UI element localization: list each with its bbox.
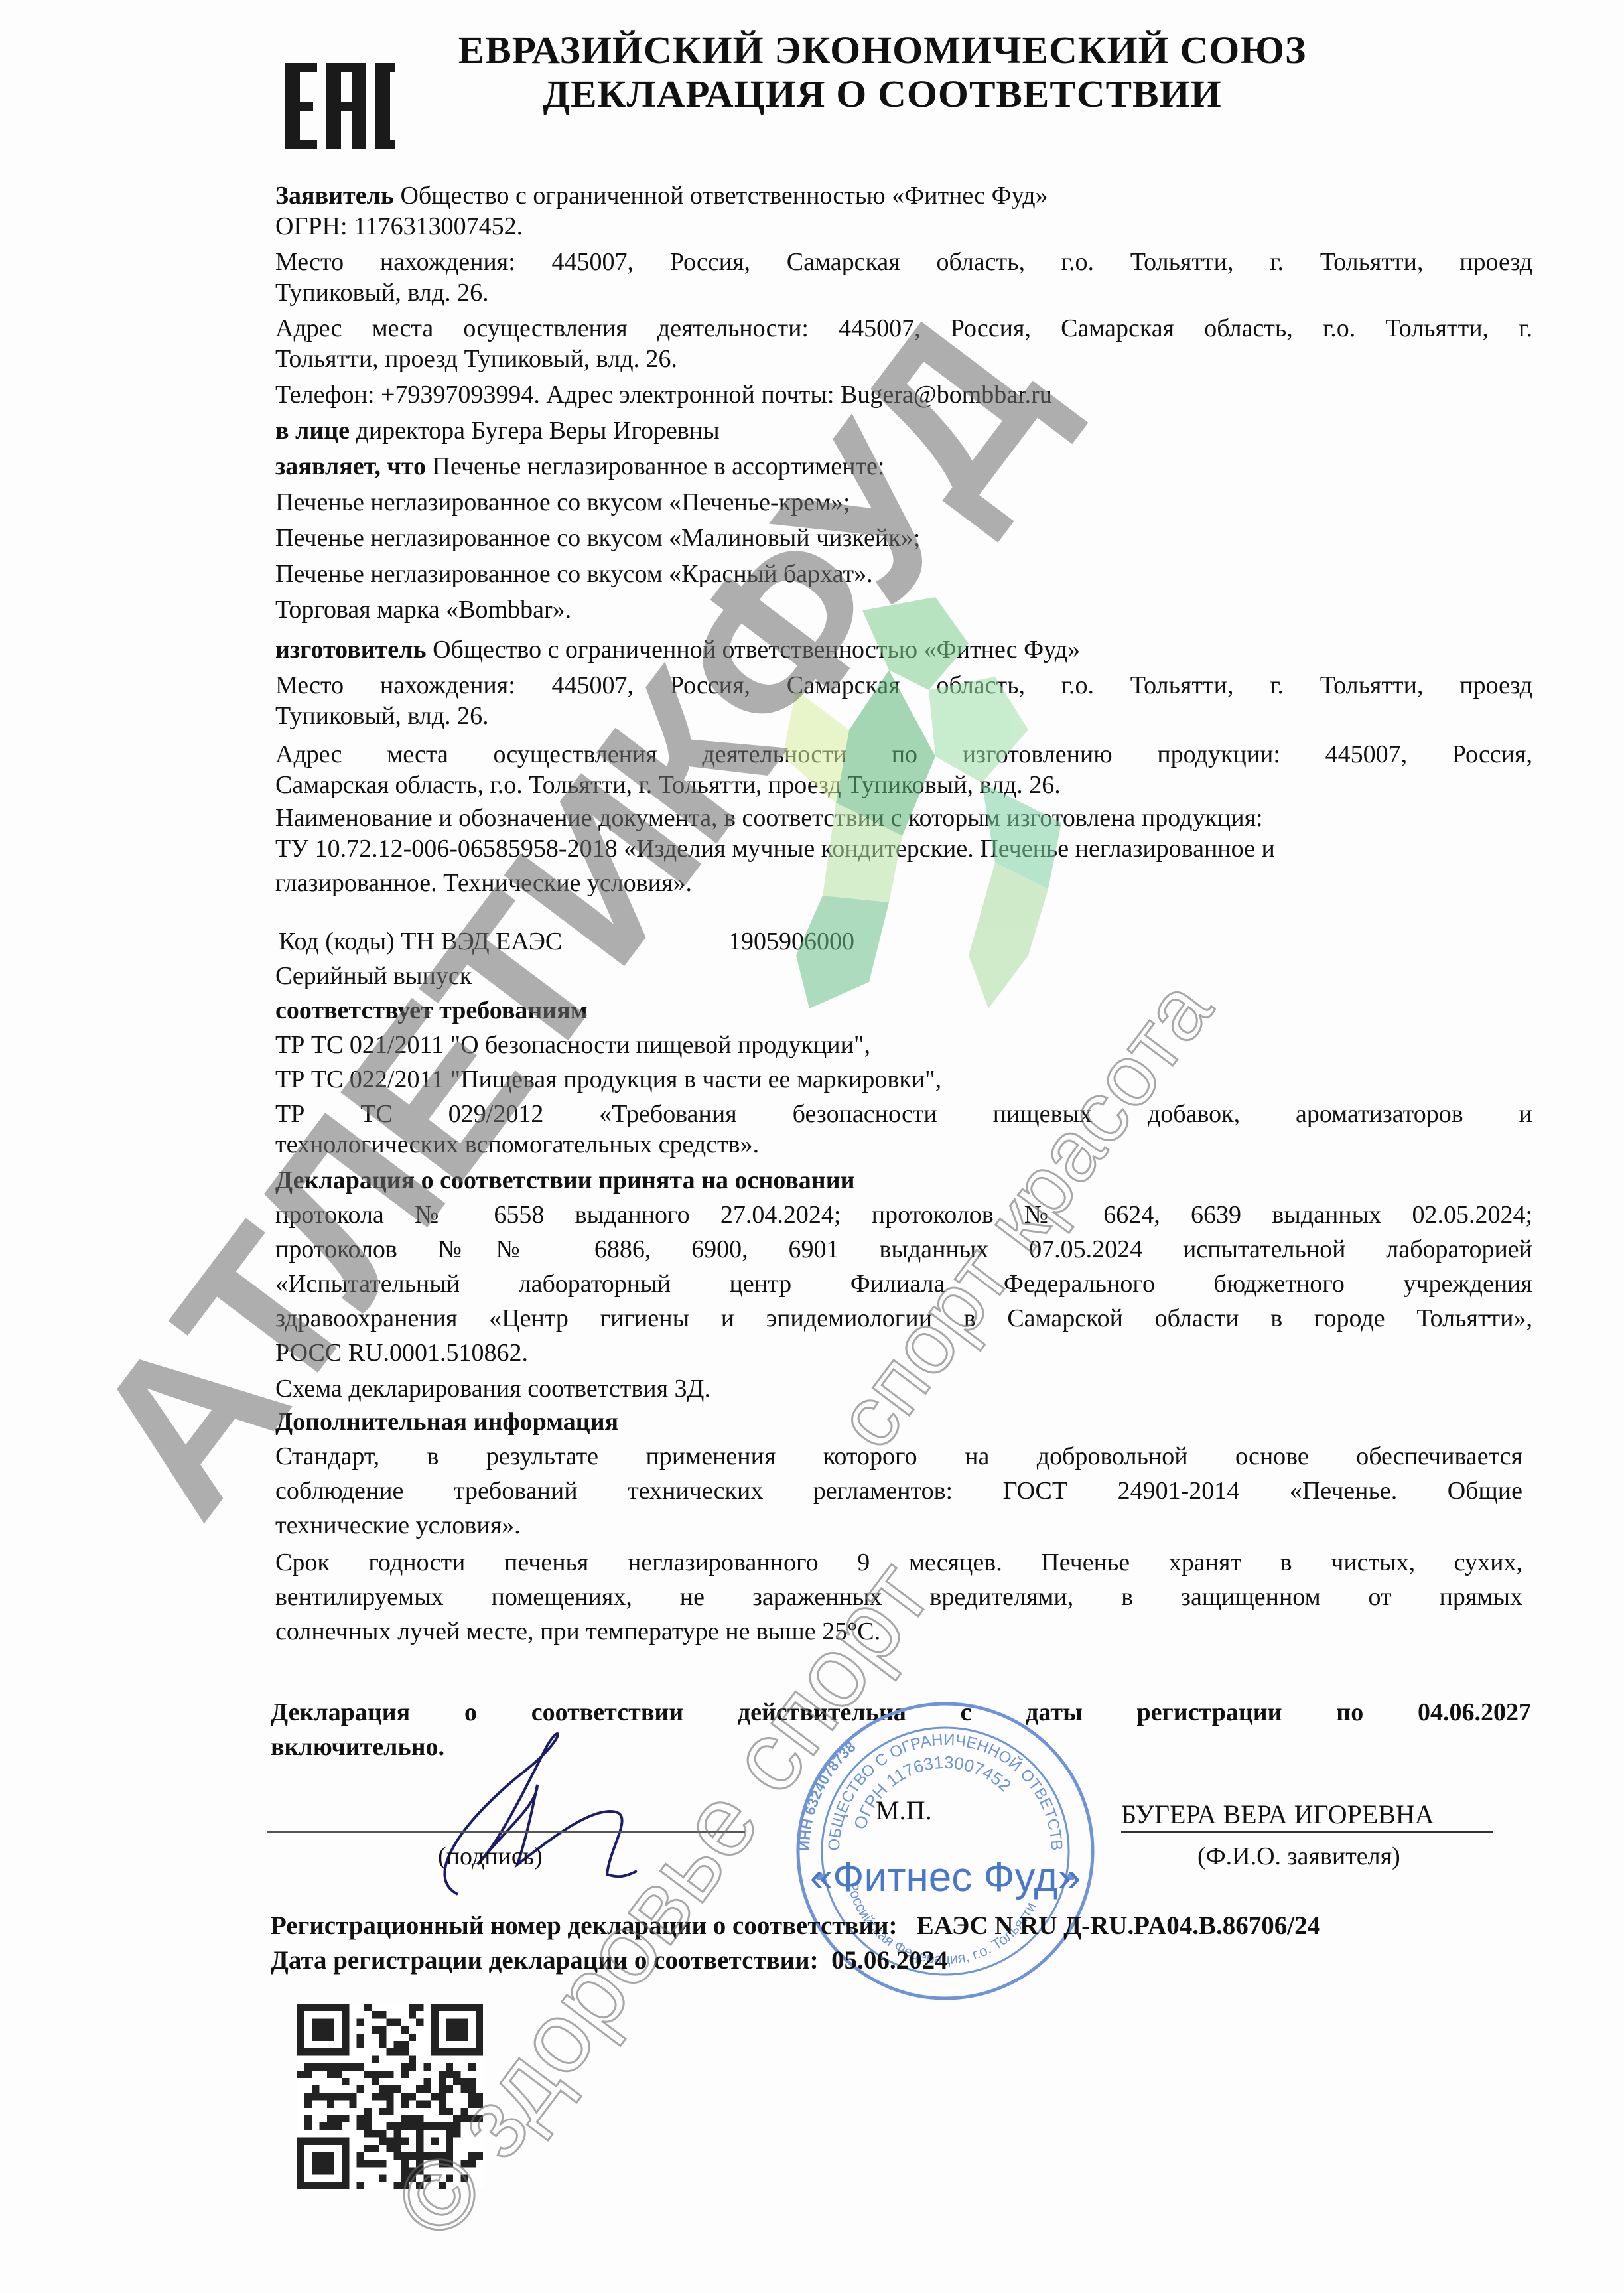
shelf-life-1: Срок годности печенья неглазированного 9…	[275, 1547, 1522, 1578]
manufacturer-line: изготовитель Общество с ограниченной отв…	[275, 634, 1080, 665]
signature-line	[267, 1831, 745, 1833]
applicant-name: Общество с ограниченной ответственностью…	[400, 182, 1048, 210]
represented-line: в лице директора Бугера Веры Игоревны	[275, 415, 720, 446]
basis-line: протоколов №№ 6886, 6900, 6901 выданных …	[275, 1234, 1532, 1265]
signer-caption: (Ф.И.О. заявителя)	[1197, 1841, 1400, 1872]
signature-icon	[372, 1712, 783, 1898]
applicant-ogrn: ОГРН: 1176313007452.	[275, 211, 523, 242]
svg-text:ИНН 6324078738: ИНН 6324078738	[796, 1738, 859, 1851]
applicant-contacts: Телефон: +79397093994. Адрес электронной…	[275, 380, 1052, 410]
basis-line: протокола № 6558 выданного 27.04.2024; п…	[275, 1200, 1532, 1230]
registration-date-line: Дата регистрации декларации о соответств…	[271, 1945, 948, 1976]
svg-text:«Фитнес Фуд»: «Фитнес Фуд»	[810, 1854, 1081, 1900]
union-title: ЕВРАЗИЙСКИЙ ЭКОНОМИЧЕСКИЙ СОЮЗ	[442, 28, 1322, 72]
basis-label: Декларация о соответствии принята на осн…	[275, 1165, 854, 1196]
tnved-label: Код (коды) ТН ВЭД ЕАЭС	[279, 926, 562, 957]
svg-text:ОГРН 1176313007452: ОГРН 1176313007452	[850, 1752, 1015, 1832]
manufacturer-location-1: Место нахождения: 445007, Россия, Самарс…	[275, 670, 1532, 701]
tnved-value: 1905906000	[728, 926, 854, 957]
declares-line: заявляет, что Печенье неглазированное в …	[275, 451, 884, 482]
standard-doc-2: глазированное. Технические условия».	[275, 868, 692, 898]
additional-info-label: Дополнительная информация	[275, 1407, 618, 1437]
declares-label: заявляет, что	[275, 452, 426, 480]
release-type: Серийный выпуск	[275, 961, 472, 991]
represented-by: директора Бугера Веры Игоревны	[356, 417, 720, 445]
applicant-location-1: Место нахождения: 445007, Россия, Самарс…	[275, 247, 1532, 277]
eac-logo-icon	[285, 63, 395, 153]
product-item: Печенье неглазированное со вкусом «Красн…	[275, 559, 873, 589]
shelf-life-2: вентилируемых помещениях, не зараженных …	[275, 1582, 1522, 1612]
production-address-1: Адрес места осуществления деятельности п…	[275, 739, 1532, 770]
signer-name: БУГЕРА ВЕРА ИГОРЕВНА	[1121, 1799, 1434, 1830]
requirement-item: ТР ТС 022/2011 "Пищевая продукция в част…	[275, 1064, 941, 1095]
manufacturer-label: изготовитель	[275, 636, 427, 663]
standard-doc-1: ТУ 10.72.12-006-06585958-2018 «Изделия м…	[275, 833, 1275, 864]
signer-name-underline	[1121, 1831, 1493, 1833]
applicant-location-2: Тупиковый, влд. 26.	[275, 277, 489, 308]
declaration-scheme: Схема декларирования соответствия 3Д.	[275, 1373, 710, 1404]
applicant-activity-address-2: Тольятти, проезд Тупиковый, влд. 26.	[275, 344, 677, 374]
represented-label: в лице	[275, 417, 350, 445]
declared-product: Печенье неглазированное в ассортименте:	[433, 452, 885, 480]
registration-date-label: Дата регистрации декларации о соответств…	[271, 1946, 819, 1975]
declaration-title: ДЕКЛАРАЦИЯ О СООТВЕТСТВИИ	[442, 72, 1322, 116]
applicant-activity-address-1: Адрес места осуществления деятельности: …	[275, 313, 1532, 344]
requirement-item-3-line-1: ТР ТС 029/2012 «Требования безопасности …	[275, 1099, 1532, 1129]
additional-standard-3: технические условия».	[275, 1510, 521, 1541]
registration-number-line: Регистрационный номер декларации о соотв…	[271, 1911, 1320, 1941]
manufacturer-location-2: Тупиковый, влд. 26.	[275, 701, 489, 731]
basis-line: РОСС RU.0001.510862.	[275, 1338, 528, 1368]
stamp-place-label: М.П.	[876, 1795, 931, 1826]
product-item: Печенье неглазированное со вкусом «Печен…	[275, 487, 850, 518]
declaration-page: ЕВРАЗИЙСКИЙ ЭКОНОМИЧЕСКИЙ СОЮЗ ДЕКЛАРАЦИ…	[0, 0, 1624, 2293]
applicant-label: Заявитель	[275, 182, 394, 210]
shelf-life-3: солнечных лучей месте, при температуре н…	[275, 1616, 880, 1647]
requirements-label: соответствует требованиям	[275, 995, 588, 1026]
registration-number-label: Регистрационный номер декларации о соотв…	[271, 1911, 897, 1940]
qr-code-icon[interactable]	[297, 2004, 483, 2189]
production-address-2: Самарская область, г.о. Тольятти, г. Тол…	[275, 770, 1061, 800]
basis-line: «Испытательный лабораторный центр Филиал…	[275, 1269, 1532, 1299]
registration-date-value: 05.06.2024	[831, 1946, 948, 1975]
additional-standard-2: соблюдение требований технических реглам…	[275, 1476, 1522, 1506]
additional-standard-1: Стандарт, в результате применения которо…	[275, 1441, 1522, 1472]
trademark: Торговая марка «Bombbar».	[275, 594, 571, 625]
registration-number-value: ЕАЭС N RU Д-RU.PA04.B.86706/24	[917, 1911, 1320, 1940]
signature-caption: (подпись)	[438, 1841, 543, 1872]
applicant-line: Заявитель Общество с ограниченной ответс…	[275, 180, 1048, 211]
requirement-item: ТР ТС 021/2011 "О безопасности пищевой п…	[275, 1030, 870, 1060]
product-item: Печенье неглазированное со вкусом «Малин…	[275, 523, 920, 553]
basis-line: здравоохранения «Центр гигиены и эпидеми…	[275, 1303, 1532, 1334]
requirement-item-3-line-2: технологических вспомогательных средств»…	[275, 1129, 759, 1160]
manufacturer-name: Общество с ограниченной ответственностью…	[433, 636, 1080, 663]
standard-doc-label: Наименование и обозначение документа, в …	[275, 803, 1263, 833]
